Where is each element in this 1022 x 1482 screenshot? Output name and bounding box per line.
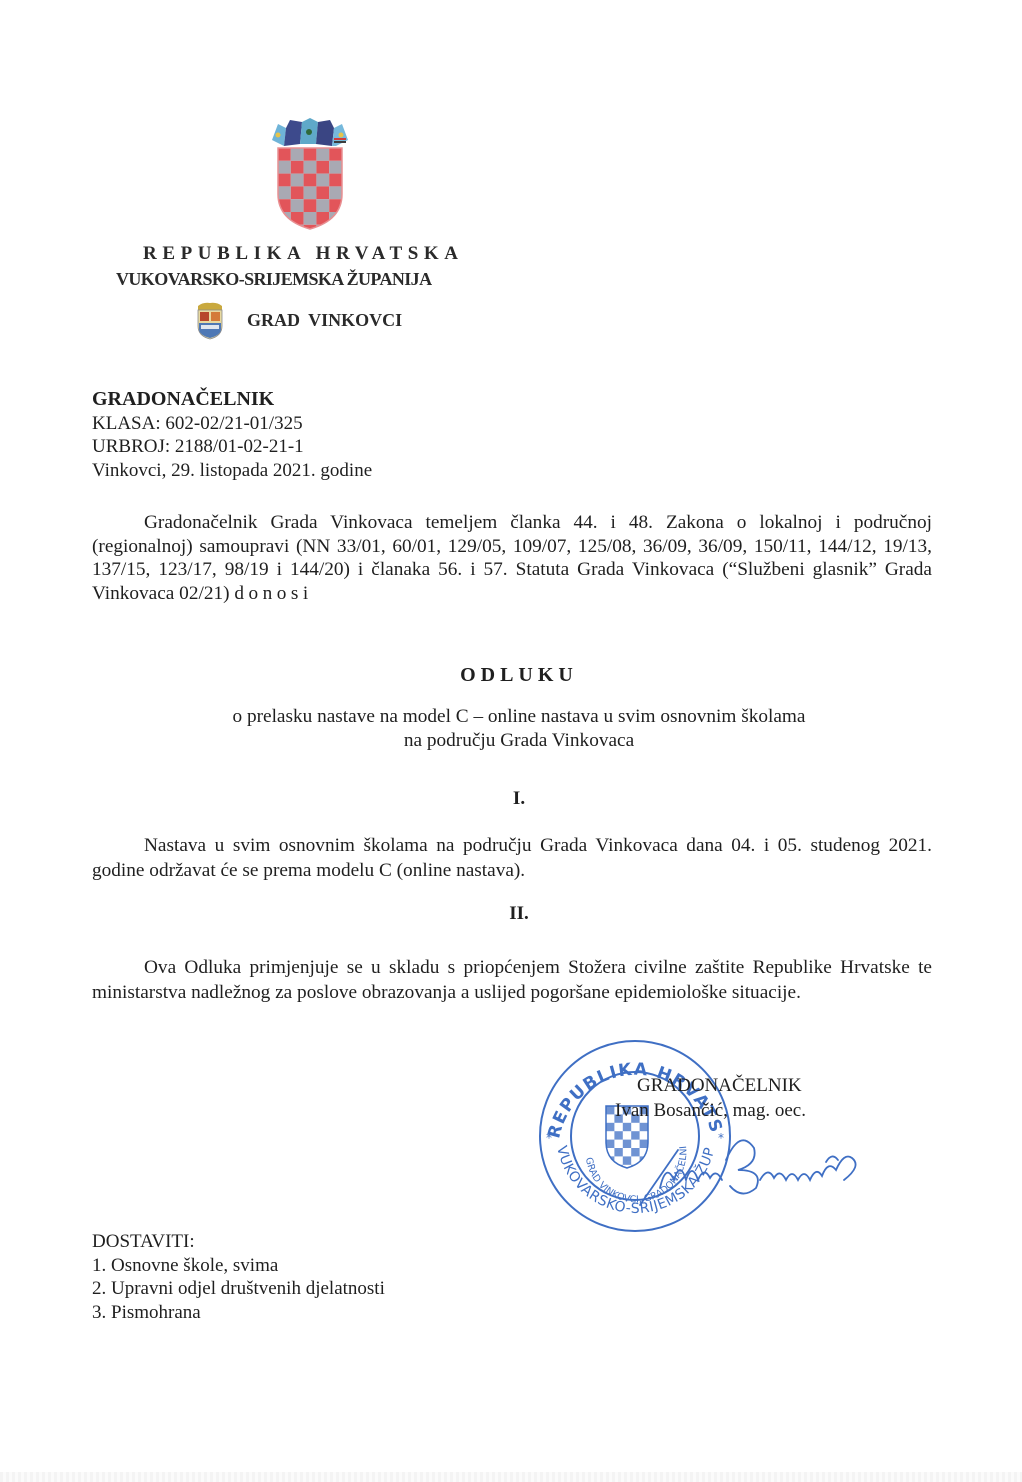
preamble-paragraph: Gradonačelnik Grada Vinkovaca temeljem č… — [92, 511, 932, 605]
distribution-heading: DOSTAVITI: — [92, 1230, 385, 1254]
signatory-title: GRADONAČELNIK — [637, 1075, 802, 1097]
article-1-number: I. — [0, 788, 1022, 810]
vinkovci-city-crest-icon — [195, 302, 225, 340]
article-2-number: II. — [0, 903, 1022, 925]
place-and-date: Vinkovci, 29. listopada 2021. godine — [92, 459, 372, 483]
distribution-item: 1. Osnovne škole, svima — [92, 1254, 385, 1278]
country-name: REPUBLIKA HRVATSKA — [143, 243, 464, 265]
distribution-item: 3. Pismohrana — [92, 1301, 385, 1325]
article-1-text: Nastava u svim osnovnim školama na podru… — [92, 834, 932, 883]
document-meta: GRADONAČELNIK KLASA: 602-02/21-01/325 UR… — [92, 388, 372, 482]
urbroj-number: URBROJ: 2188/01-02-21-1 — [92, 435, 372, 459]
office-title: GRADONAČELNIK — [92, 388, 372, 412]
handwritten-signature-icon — [630, 1130, 880, 1210]
klasa-number: KLASA: 602-02/21-01/325 — [92, 412, 372, 436]
distribution-item: 2. Upravni odjel društvenih djelatnosti — [92, 1277, 385, 1301]
preamble-verb: donosi — [234, 583, 312, 604]
decision-subtitle-line-2: na području Grada Vinkovaca — [8, 729, 1022, 753]
county-name: VUKOVARSKO-SRIJEMSKA ŽUPANIJA — [116, 269, 431, 290]
article-2-text: Ova Odluka primjenjuje se u skladu s pri… — [92, 956, 932, 1005]
city-name: GRAD VINKOVCI — [247, 310, 402, 331]
decision-title: ODLUKU — [0, 664, 1022, 687]
svg-text:*: * — [546, 1131, 552, 1145]
decision-subtitle-line-1: o prelasku nastave na model C – online n… — [8, 705, 1022, 729]
preamble-text: Gradonačelnik Grada Vinkovaca temeljem č… — [92, 512, 932, 604]
page-bottom-edge — [0, 1472, 1022, 1482]
distribution-list: DOSTAVITI: 1. Osnovne škole, svima 2. Up… — [92, 1230, 385, 1324]
signatory-name: Ivan Bosančić, mag. oec. — [615, 1100, 806, 1122]
decision-subtitle: o prelasku nastave na model C – online n… — [0, 705, 1022, 753]
croatian-coat-of-arms-icon — [268, 118, 352, 230]
